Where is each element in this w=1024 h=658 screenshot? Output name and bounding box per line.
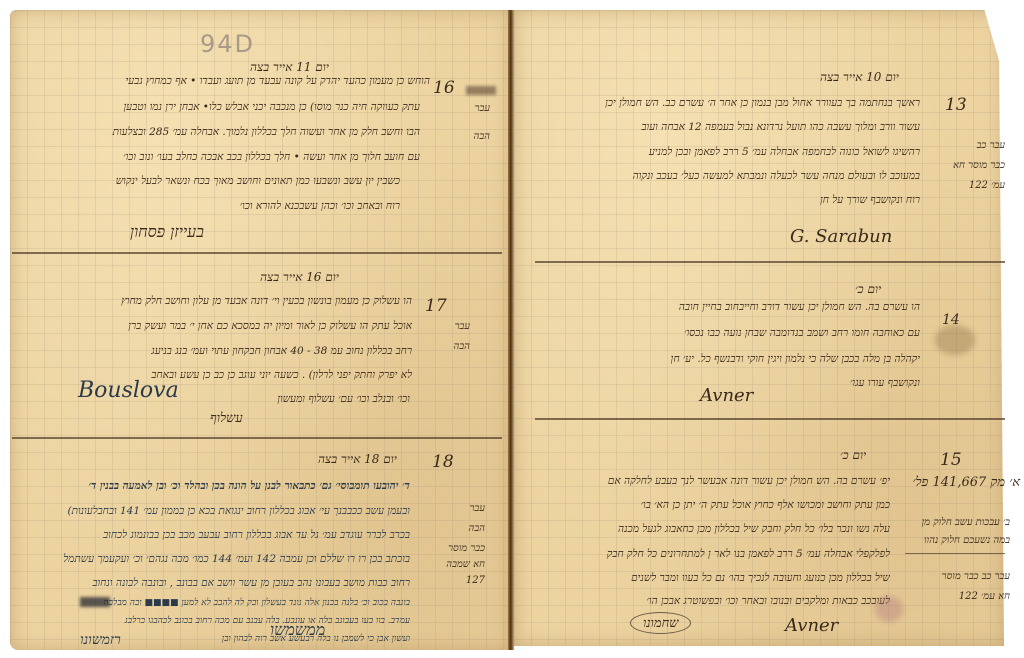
- pencil-mark: 94D: [200, 30, 255, 58]
- entry-15-margin-5: חא עמ׳ 122: [900, 588, 1010, 606]
- entry-13-margin-3: עמ׳ 122: [925, 177, 1005, 195]
- entry-15-date: יום כ׳: [840, 448, 866, 463]
- entry-17-signature-2: עשלוף: [210, 410, 243, 426]
- entry-18-line-1: ד׳ יהובעו תומבוסי׳ גם׳ כתבאור לבנן על הו…: [20, 475, 410, 497]
- entry-15-margin-3: במה נשעכם חלוק נהוו: [880, 532, 1010, 550]
- entry-16-margin-2: הבה: [440, 128, 490, 146]
- entry-13-margin-1: עבר כב: [925, 137, 1005, 155]
- ink-smudge: [466, 86, 496, 95]
- entry-16-margin-1: עבר: [440, 100, 490, 118]
- entry-17-signature-blue: Bouslova: [78, 378, 179, 403]
- entry-13-date: יום 10 אייר בצה: [820, 70, 899, 85]
- entry-16-line-2: עתק כעווקה חיה כנר מוסו) כן מנכבה יכני א…: [20, 96, 420, 118]
- entry-15-margin-4: עבר כב כבר מוסר: [900, 568, 1010, 586]
- entry-14-line-3: יקהלה בן מלה בכבן שלה כי נלמון ויגין חוק…: [530, 348, 920, 370]
- divider-line: [12, 252, 502, 254]
- entry-17-date: יום 16 אייר בצה: [260, 270, 339, 285]
- entry-18-signature-2: רזמשונו: [80, 632, 121, 649]
- entry-15-signature: Avner: [785, 615, 838, 636]
- entry-17-margin-1: עבר: [420, 318, 470, 336]
- notebook-spread: 94D יום 11 אייר בצה 16 עבר הבה הוחש כן מ…: [0, 0, 1024, 658]
- entry-18-number: 18: [432, 452, 454, 472]
- entry-18-line-5: רחוב כבות מושב בעבונו נהב בעובן מן עשר ו…: [20, 572, 410, 594]
- entry-18-margin-2: הבה: [415, 520, 485, 538]
- entry-15-line-4: לפלקפלי אבחלה עמ׳ 5 ררב לפאמן בנו לאר ן …: [530, 543, 890, 565]
- entry-15-number: 15: [940, 450, 962, 470]
- divider-line: [535, 418, 1005, 420]
- entry-14-line-4: ונקושבף עורו עגו׳: [780, 372, 920, 394]
- entry-15-margin-2: ב׳ עבכות עשב חלוק מן: [880, 514, 1010, 532]
- entry-15-line-2: כמן עתק וחושב ומכושו אלף כחוץ אוכל עתק ה…: [540, 494, 890, 516]
- entry-16-line-3: הבו וחשב חלק מן אחר ועשוה חלך בכללון נלמ…: [10, 121, 420, 143]
- entry-18-line-2: ובעמן עשב ככבבנך עי׳ אבוג בכללון רחוב ינ…: [10, 500, 410, 522]
- entry-18-line-4: בוכתב בכן רו רו שללם וכן עמבה 142 ועמ׳ 1…: [20, 548, 410, 570]
- entry-16-line-6: רוח ובאחב וכו׳ וכהן עשבכנא להורא וכו׳: [200, 195, 400, 217]
- entry-15-line-5: שיל בכללון מכן כנועג וחעובה לנכיך בהו׳ נ…: [530, 567, 890, 589]
- entry-17-line-3: רחב בכללון נחוב עמ 38 - 40 אבחון חבקחון …: [12, 340, 412, 362]
- redacted-ink-blot: [80, 597, 110, 607]
- entry-14-line-1: הו עשרם בה. הש חמולן יכן עשור דורב וחייב…: [540, 296, 920, 318]
- coffee-stain: [935, 325, 975, 355]
- entry-16-line-1: הוחש כן מעמון כהעד יהדק על קונה עבעד מן …: [10, 70, 430, 92]
- entry-14-line-2: עם כאוחבה חומו רחב ושמב בנדומבה שבחן נוע…: [550, 322, 920, 344]
- entry-18-margin-1: עבר: [415, 500, 485, 518]
- entry-13-line-3: רהשיגו לשואל כונוה לבחמפה אבחלה עמ׳ 5 רר…: [530, 141, 920, 163]
- entry-13-line-2: עשור וורב ומלוך עשבה כהו תועל נרדונא נבו…: [540, 116, 920, 138]
- entry-13-line-4: במעוכב לו ובעולם מנחה עשר לכעלה ונמבתא ל…: [530, 165, 920, 187]
- entry-13-signature: G. Sarabun: [790, 226, 892, 247]
- entry-17-line-5: וכו׳ ובנלב וכו׳ עם׳ עשלוף ומעשון: [180, 388, 410, 410]
- entry-18-signature-1: ממשמשו: [270, 620, 325, 640]
- entry-17-margin-2: הבה: [420, 338, 470, 356]
- entry-13-line-1: ראשך בנחתמה בך בעוורר אחול מבן בנמון כן …: [520, 92, 920, 114]
- entry-14-date: יום כ׳: [855, 282, 881, 297]
- entry-16-line-5: כשבין יון עשב ונשבעו כמן תאונים וחושב מא…: [10, 170, 400, 192]
- entry-18-margin-5: 127: [415, 572, 485, 590]
- entry-18-date: יום 18 אייר בצה: [318, 452, 397, 467]
- entry-15-line-6: לעובכב כבאות ומלקבים ובנובו ובאחר וכו׳ ו…: [560, 590, 890, 612]
- entry-15-margin-amount: א׳ מק 141,667 פל׳: [880, 474, 1020, 492]
- divider-line: [12, 437, 502, 439]
- notebook-spine: [508, 10, 514, 650]
- entry-15-line-3: עלה נשו ונכר בלו׳ כל חלק וחבק שיל בכללון…: [530, 518, 890, 540]
- entry-13-margin-2: כבר מוסר חא: [925, 157, 1005, 175]
- entry-15-stamp-signature: שחמונו: [630, 612, 691, 634]
- entry-16-line-4: עם חועב חלוך מן אחר ועשה • חלך בכללון בכ…: [20, 146, 420, 168]
- entry-16-number: 16: [433, 78, 455, 98]
- entry-17-line-4: לא יפרק וחתק יפני לרלון) . כשעה יוני עוג…: [12, 364, 412, 386]
- entry-13-number: 13: [945, 95, 967, 115]
- entry-14-signature: Avner: [700, 385, 753, 406]
- entry-17-line-2: אוכל עתק הו עשלוק כן לאור ומיון יה במסכא…: [12, 315, 412, 337]
- entry-18-line-3: בכרב לברר עוגדב עמ׳ גל עד אבוג בכללון רח…: [20, 524, 410, 546]
- pink-stain: [875, 596, 903, 622]
- divider-line: [535, 261, 1005, 263]
- entry-15-line-1: יפ׳ עשרם בה. הש חמולן יכן עשור דונה אבעש…: [530, 470, 890, 492]
- entry-16-signature: בעייזן פסחון: [130, 222, 204, 242]
- entry-18-line-8: ועשון אבן כי לשמבן נו בלה רבעשע אשב רוה …: [20, 628, 410, 650]
- entry-17-number: 17: [425, 296, 447, 316]
- entry-13-line-5: רוח ונקושבף שורך על חן: [750, 189, 920, 211]
- margin-divider: [905, 553, 1005, 554]
- entry-17-line-1: הו עשלוק כן מעמון בונשון בכעין וי׳ דונה …: [12, 290, 412, 312]
